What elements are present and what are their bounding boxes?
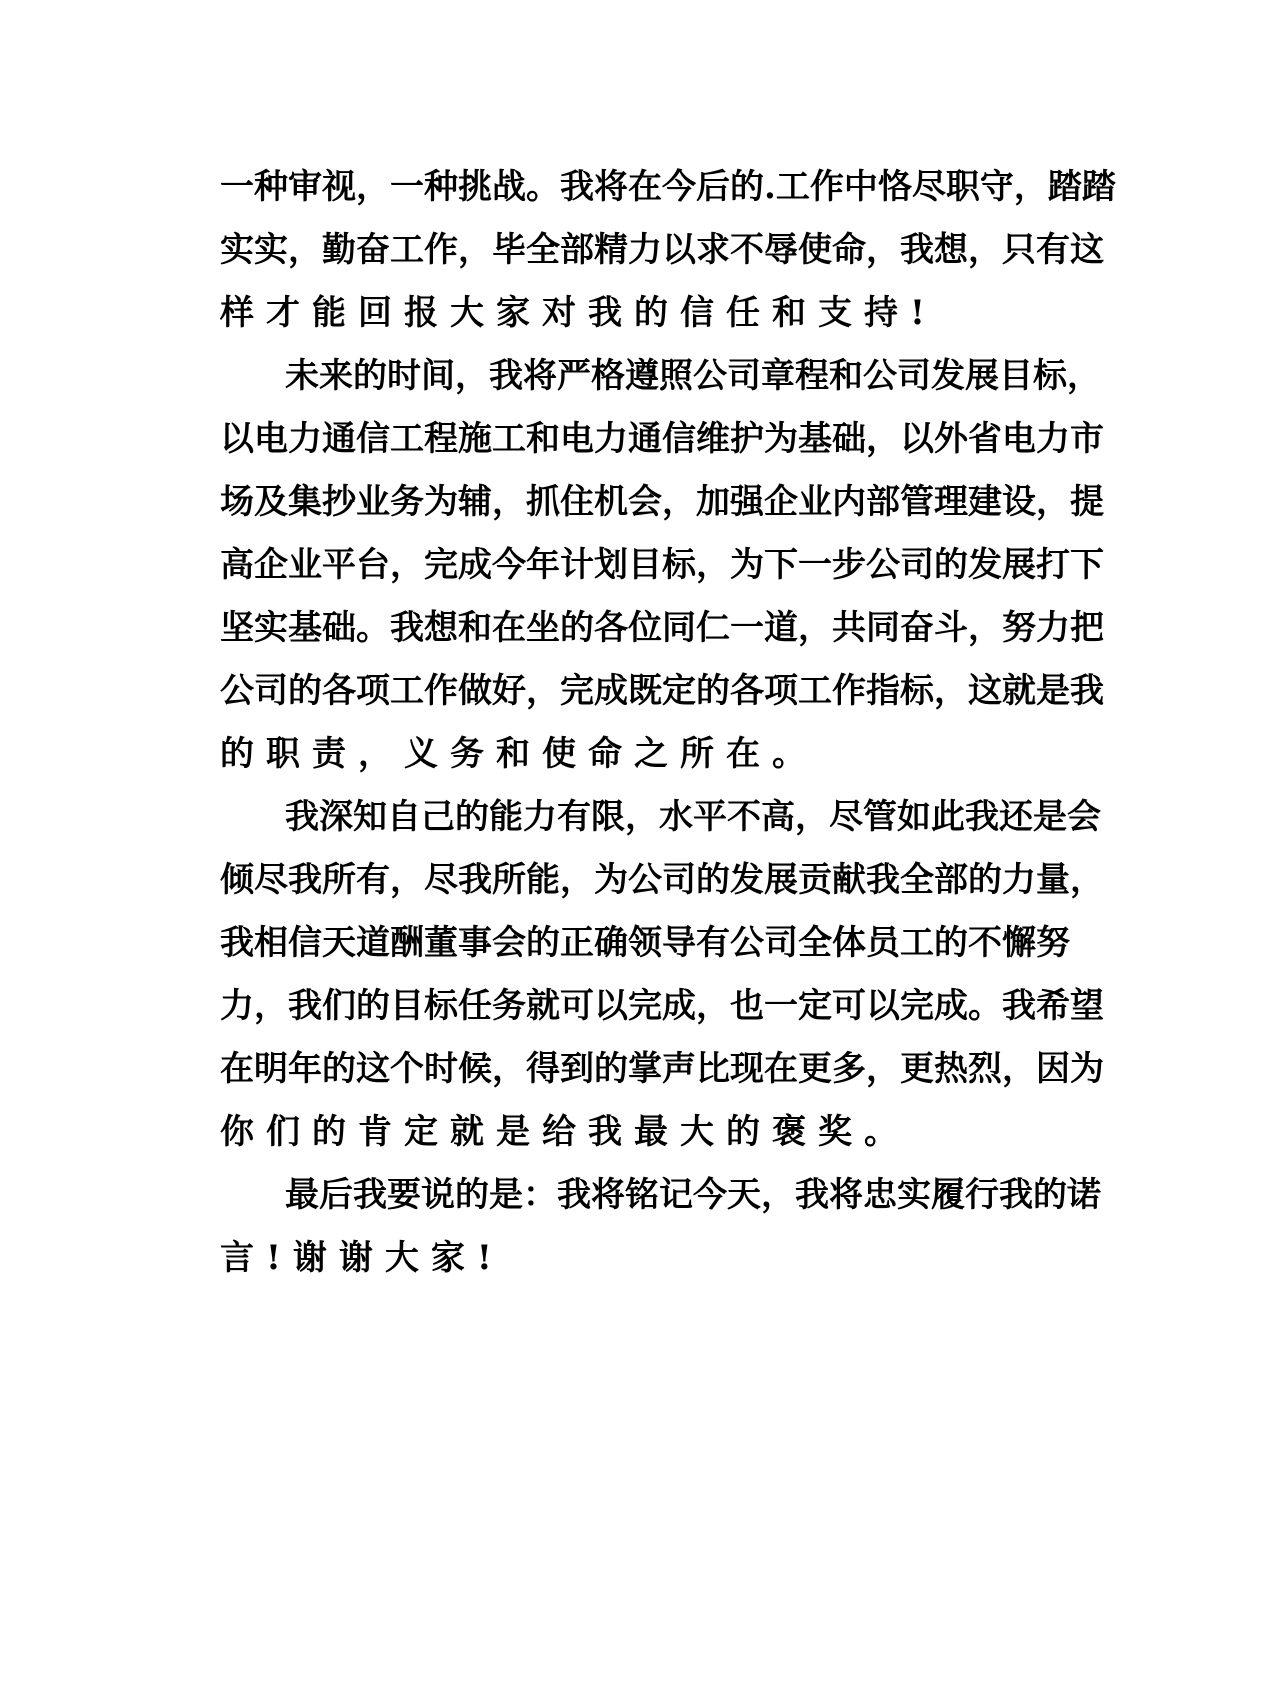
text-line: 倾尽我所有，尽我所能，为公司的发展贡献我全部的力量，: [220, 855, 1062, 918]
text-line: 我深知自己的能力有限，水平不高，尽管如此我还是会: [220, 792, 1062, 855]
document-body: 一种审视，一种挑战。我将在今后的.工作中恪尽职守，踏踏 实实，勤奋工作，毕全部精…: [220, 162, 1062, 1296]
document-page: 一种审视，一种挑战。我将在今后的.工作中恪尽职守，踏踏 实实，勤奋工作，毕全部精…: [0, 0, 1280, 1706]
text-line: 以电力通信工程施工和电力通信维护为基础，以外省电力市: [220, 414, 1062, 477]
text-line: 在明年的这个时候，得到的掌声比现在更多，更热烈，因为: [220, 1044, 1062, 1107]
text-line: 最后我要说的是：我将铭记今天，我将忠实履行我的诺: [220, 1170, 1062, 1233]
text-line: 未来的时间，我将严格遵照公司章程和公司发展目标，: [220, 351, 1062, 414]
paragraph-2: 未来的时间，我将严格遵照公司章程和公司发展目标， 以电力通信工程施工和电力通信维…: [220, 351, 1062, 792]
text-line: 言!谢谢大家!: [220, 1233, 1062, 1296]
text-line: 你们的肯定就是给我最大的褒奖。: [220, 1107, 1062, 1170]
paragraph-4: 最后我要说的是：我将铭记今天，我将忠实履行我的诺 言!谢谢大家!: [220, 1170, 1062, 1296]
text-line: 的职责，义务和使命之所在。: [220, 729, 1062, 792]
text-line: 场及集抄业务为辅，抓住机会，加强企业内部管理建设，提: [220, 477, 1062, 540]
text-line: 样才能回报大家对我的信任和支持!: [220, 288, 1062, 351]
text-line: 一种审视，一种挑战。我将在今后的.工作中恪尽职守，踏踏: [220, 162, 1062, 225]
text-line: 我相信天道酬董事会的正确领导有公司全体员工的不懈努: [220, 918, 1062, 981]
text-line: 坚实基础。我想和在坐的各位同仁一道，共同奋斗，努力把: [220, 603, 1062, 666]
text-line: 高企业平台，完成今年计划目标，为下一步公司的发展打下: [220, 540, 1062, 603]
text-line: 力，我们的目标任务就可以完成，也一定可以完成。我希望: [220, 981, 1062, 1044]
text-line: 实实，勤奋工作，毕全部精力以求不辱使命，我想，只有这: [220, 225, 1062, 288]
text-line: 公司的各项工作做好，完成既定的各项工作指标，这就是我: [220, 666, 1062, 729]
paragraph-3: 我深知自己的能力有限，水平不高，尽管如此我还是会 倾尽我所有，尽我所能，为公司的…: [220, 792, 1062, 1170]
paragraph-1: 一种审视，一种挑战。我将在今后的.工作中恪尽职守，踏踏 实实，勤奋工作，毕全部精…: [220, 162, 1062, 351]
